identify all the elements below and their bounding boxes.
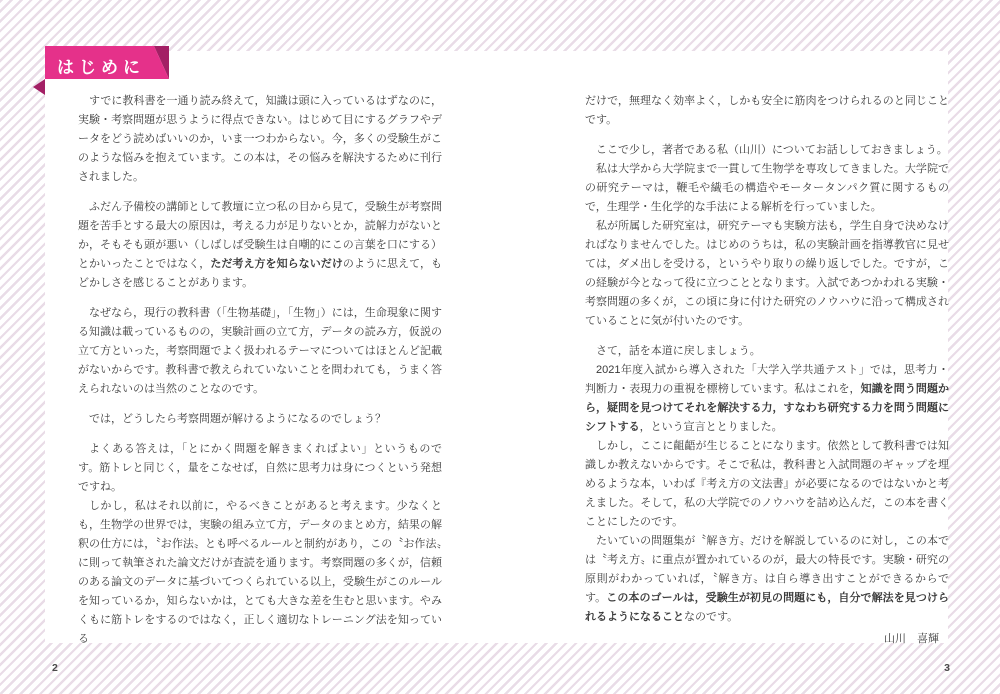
body-text: 私は大学から大学院まで一貫して生物学を専攻してきました。大学院での研究テーマは，…: [585, 163, 949, 213]
page-number-left: 2: [52, 662, 58, 674]
paragraph: 2021年度入試から導入された「大学入学共通テスト」では，思考力・判断力・表現力…: [585, 361, 949, 437]
body-text: すでに教科書を一通り読み終えて，知識は頭に入っているはずなのに，実験・考察問題が…: [78, 95, 442, 183]
body-text: ここで少し，著者である私（山川）についてお話ししておきましょう。: [596, 144, 948, 156]
right-page-text: だけで，無理なく効率よく，しかも安全に筋肉をつけられるのと同じことです。ここで少…: [585, 92, 949, 649]
body-text: では，どうしたら考察問題が解けるようになるのでしょう？: [89, 413, 386, 425]
paragraph: すでに教科書を一通り読み終えて，知識は頭に入っているはずなのに，実験・考察問題が…: [78, 92, 442, 187]
body-text: ，という宣言ととりました。: [640, 421, 783, 433]
author-signature: 山川 喜輝: [585, 630, 949, 649]
paragraph: ここで少し，著者である私（山川）についてお話ししておきましょう。: [585, 141, 949, 160]
body-text: しかし，私はそれ以前に，やるべきことがあると考えます。少なくとも，生物学の世界で…: [78, 500, 442, 645]
paragraph: 私は大学から大学院まで一貫して生物学を専攻してきました。大学院での研究テーマは，…: [585, 160, 949, 217]
body-text: よくある答えは，「とにかく問題を解きまくればよい」というものです。筋トレと同じく…: [78, 443, 442, 493]
ribbon-fold-left: [33, 79, 45, 95]
body-text: 私が所属した研究室は，研究テーマも実験方法も，学生自身で決めなければなりませんで…: [585, 220, 949, 327]
paragraph: しかし，ここに齟齬が生じることになります。依然として教科書では知識しか教えないか…: [585, 437, 949, 532]
page-number-right: 3: [944, 662, 950, 674]
body-text: なぜなら，現行の教科書（「生物基礎」，「生物」）には，生命現象に関する知識は載っ…: [78, 307, 442, 395]
left-page-text: すでに教科書を一通り読み終えて，知識は頭に入っているはずなのに，実験・考察問題が…: [78, 92, 442, 649]
emphasis-text: ただ考え方を知らないだけ: [210, 258, 343, 270]
body-text: さて，話を本道に戻しましょう。: [596, 345, 761, 357]
paragraph: よくある答えは，「とにかく問題を解きまくればよい」というものです。筋トレと同じく…: [78, 440, 442, 497]
paragraph: 私が所属した研究室は，研究テーマも実験方法も，学生自身で決めなければなりませんで…: [585, 217, 949, 331]
paragraph: しかし，私はそれ以前に，やるべきことがあると考えます。少なくとも，生物学の世界で…: [78, 497, 442, 649]
body-text: なのです。: [684, 611, 738, 623]
paragraph: ふだん予備校の講師として教壇に立つ私の目から見て，受験生が考察問題を苦手とする最…: [78, 198, 442, 293]
emphasis-text: この本のゴールは，受験生が初見の問題にも，自分で解法を見つけられるようになること: [585, 592, 949, 623]
paragraph: さて，話を本道に戻しましょう。: [585, 342, 949, 361]
body-text: だけで，無理なく効率よく，しかも安全に筋肉をつけられるのと同じことです。: [585, 95, 949, 126]
intro-ribbon-label: はじめに: [57, 53, 145, 78]
paragraph: では，どうしたら考察問題が解けるようになるのでしょう？: [78, 410, 442, 429]
paragraph: たいていの問題集が〝解き方〟だけを解説しているのに対し，この本では〝考え方〟に重…: [585, 532, 949, 627]
paragraph: なぜなら，現行の教科書（「生物基礎」，「生物」）には，生命現象に関する知識は載っ…: [78, 304, 442, 399]
page-content-area: すでに教科書を一通り読み終えて，知識は頭に入っているはずなのに，実験・考察問題が…: [45, 51, 948, 643]
body-text: しかし，ここに齟齬が生じることになります。依然として教科書では知識しか教えないか…: [585, 440, 949, 528]
paragraph: だけで，無理なく効率よく，しかも安全に筋肉をつけられるのと同じことです。: [585, 92, 949, 130]
book-spread: { "banner": { "label": "はじめに" }, "colors…: [0, 0, 1000, 694]
